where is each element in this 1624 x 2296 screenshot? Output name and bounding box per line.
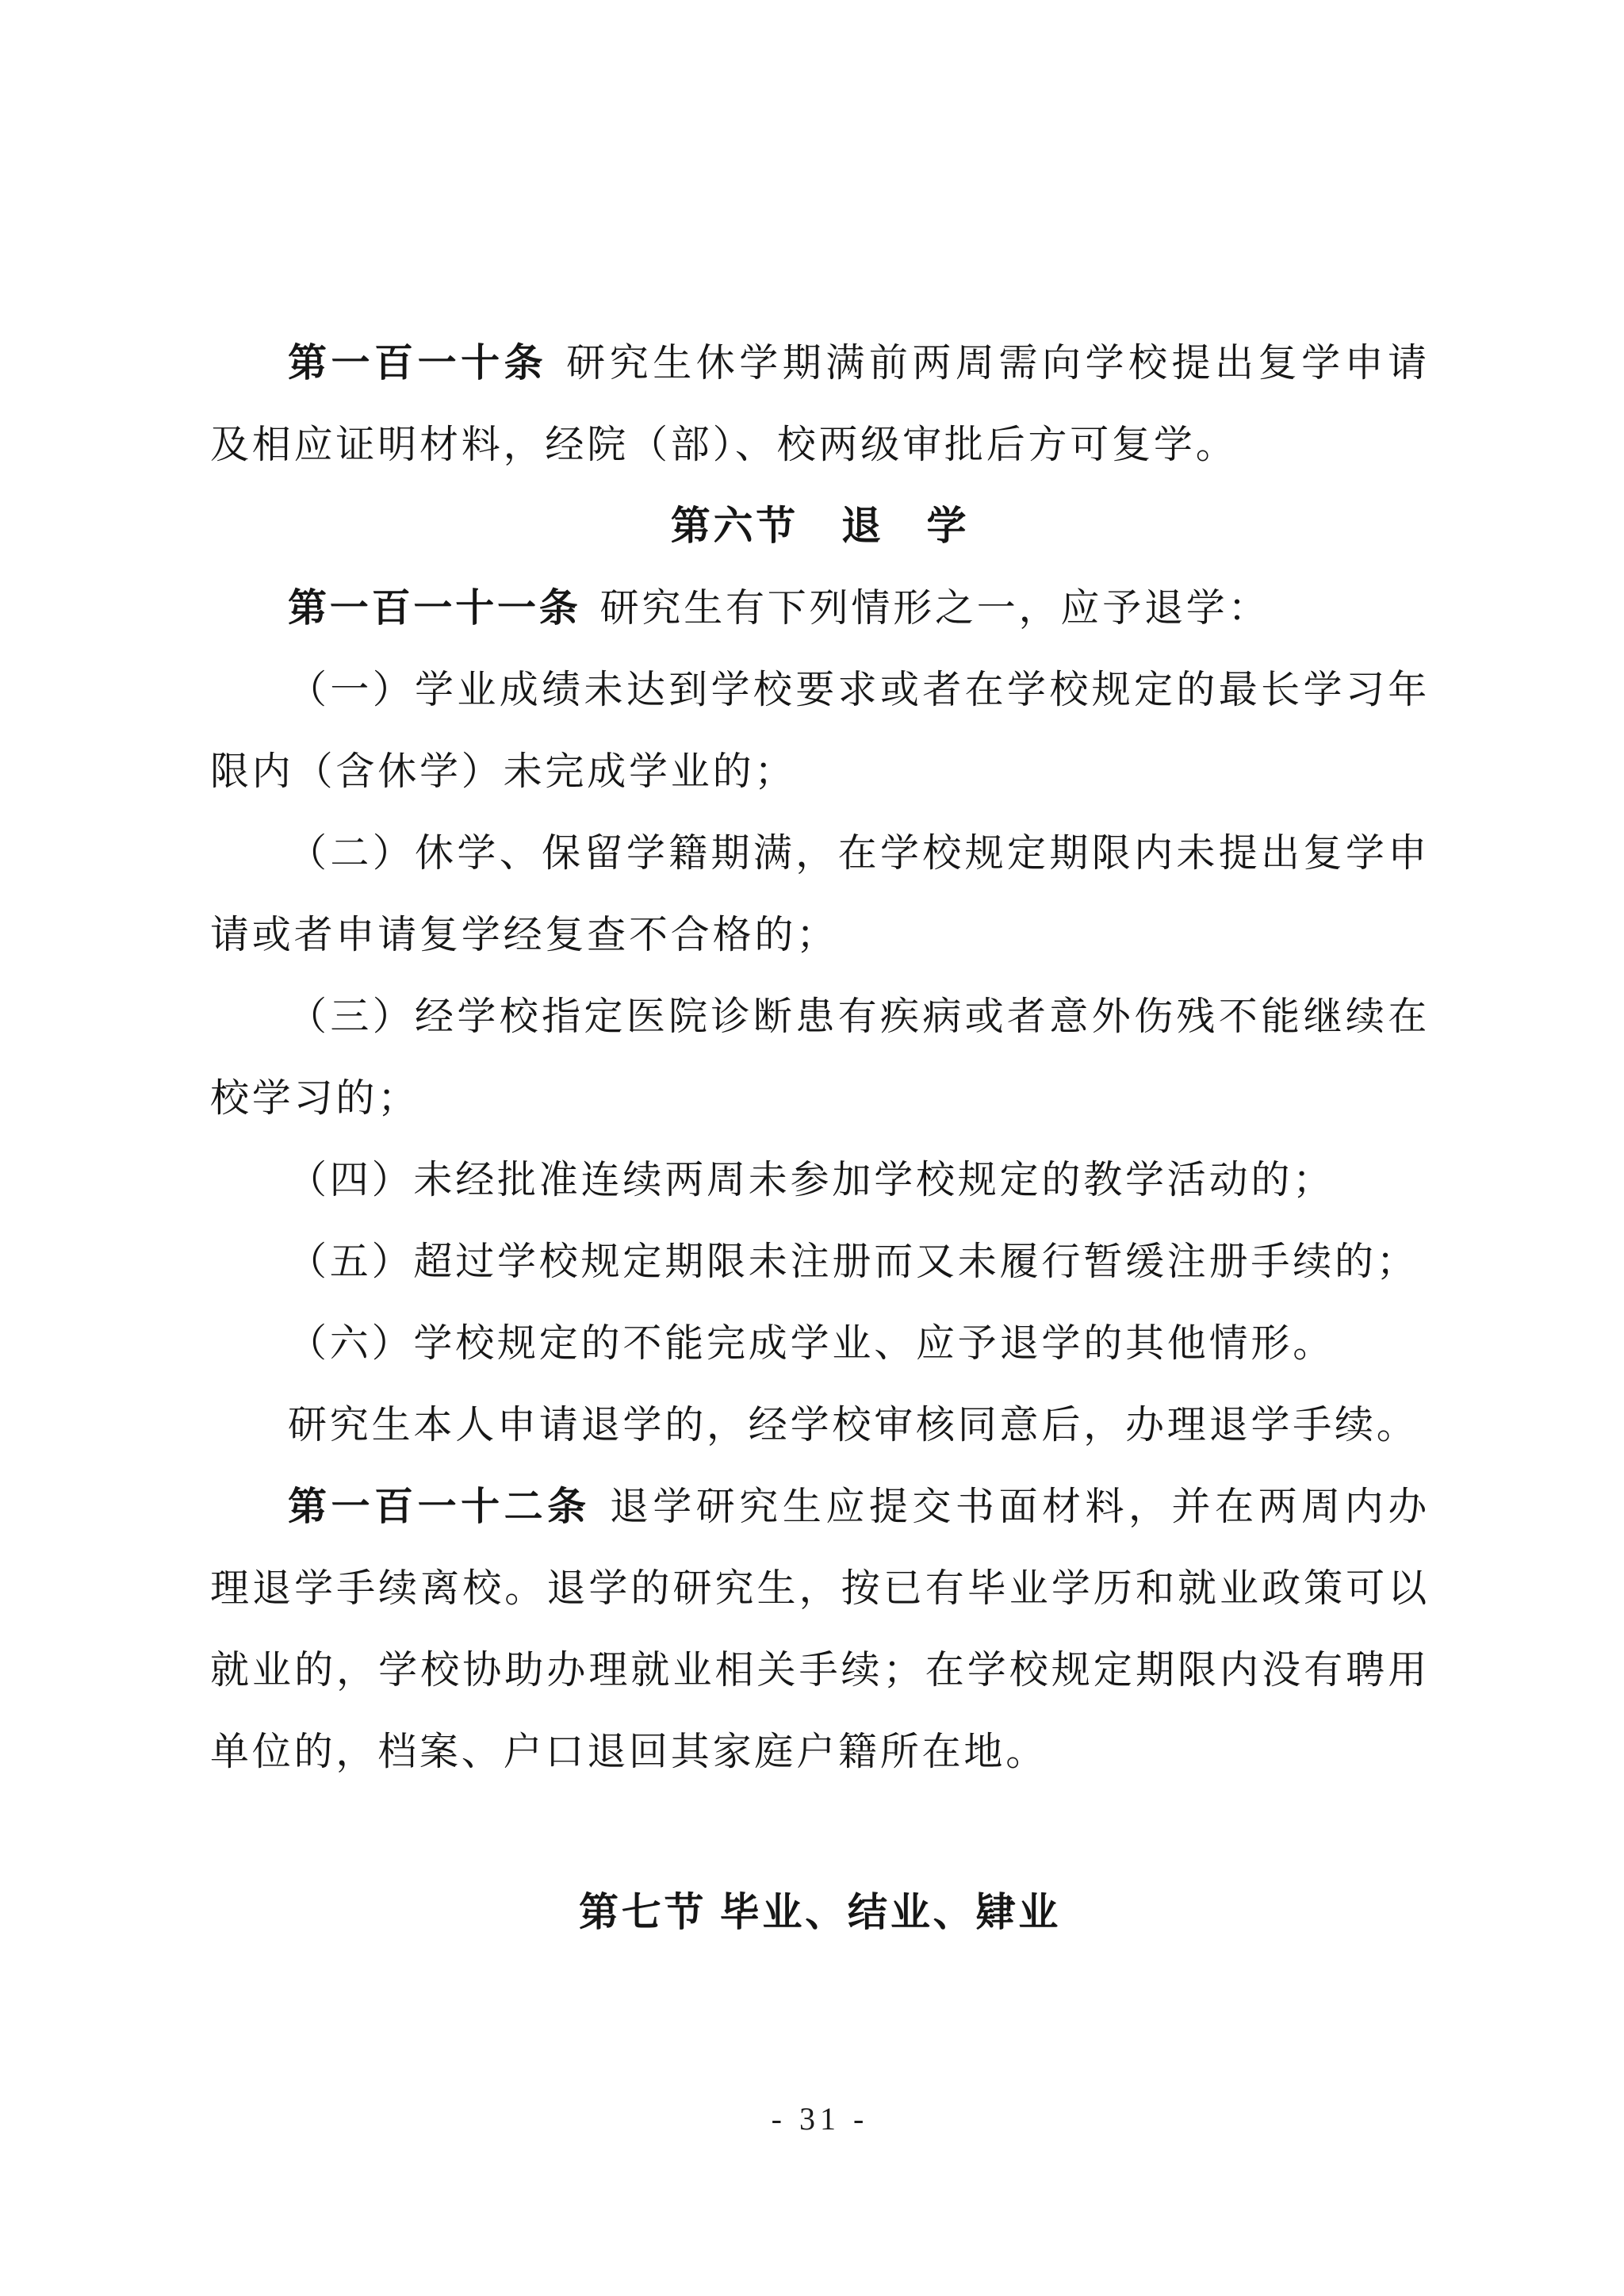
article-111-text: 研究生有下列情形之一，应予退学： xyxy=(600,586,1270,630)
paragraph-self-withdrawal: 研究生本人申请退学的，经学校审核同意后，办理退学手续。 xyxy=(210,1384,1430,1466)
paragraph-article-112: 第一百一十二条退学研究生应提交书面材料，并在两周内办理退学手续离校。退学的研究生… xyxy=(210,1466,1430,1792)
page-number: - 31 - xyxy=(210,2099,1430,2139)
list-item-4: （四）未经批准连续两周未参加学校规定的教学活动的； xyxy=(210,1139,1430,1221)
article-111-number: 第一百一十一条 xyxy=(288,586,581,630)
list-item-3: （三）经学校指定医院诊断患有疾病或者意外伤残不能继续在校学习的； xyxy=(210,976,1430,1139)
list-item-6: （六）学校规定的不能完成学业、应予退学的其他情形。 xyxy=(210,1302,1430,1384)
article-112-number: 第一百一十二条 xyxy=(288,1485,591,1528)
document-page: 第一百一十条研究生休学期满前两周需向学校提出复学申请及相应证明材料，经院（部）、… xyxy=(0,0,1624,2296)
document-body: 第一百一十条研究生休学期满前两周需向学校提出复学申请及相应证明材料，经院（部）、… xyxy=(210,322,1430,2139)
list-item-2: （二）休学、保留学籍期满，在学校规定期限内未提出复学申请或者申请复学经复查不合格… xyxy=(210,812,1430,976)
list-item-1: （一）学业成绩未达到学校要求或者在学校规定的最长学习年限内（含休学）未完成学业的… xyxy=(210,649,1430,812)
article-110-number: 第一百一十条 xyxy=(288,341,547,385)
paragraph-article-110: 第一百一十条研究生休学期满前两周需向学校提出复学申请及相应证明材料，经院（部）、… xyxy=(210,322,1430,485)
paragraph-article-111: 第一百一十一条研究生有下列情形之一，应予退学： xyxy=(210,567,1430,649)
list-item-5: （五）超过学校规定期限未注册而又未履行暂缓注册手续的； xyxy=(210,1221,1430,1302)
section-6-heading: 第六节 退 学 xyxy=(210,485,1430,567)
section-7-heading: 第七节 毕业、结业、肄业 xyxy=(210,1872,1430,1953)
